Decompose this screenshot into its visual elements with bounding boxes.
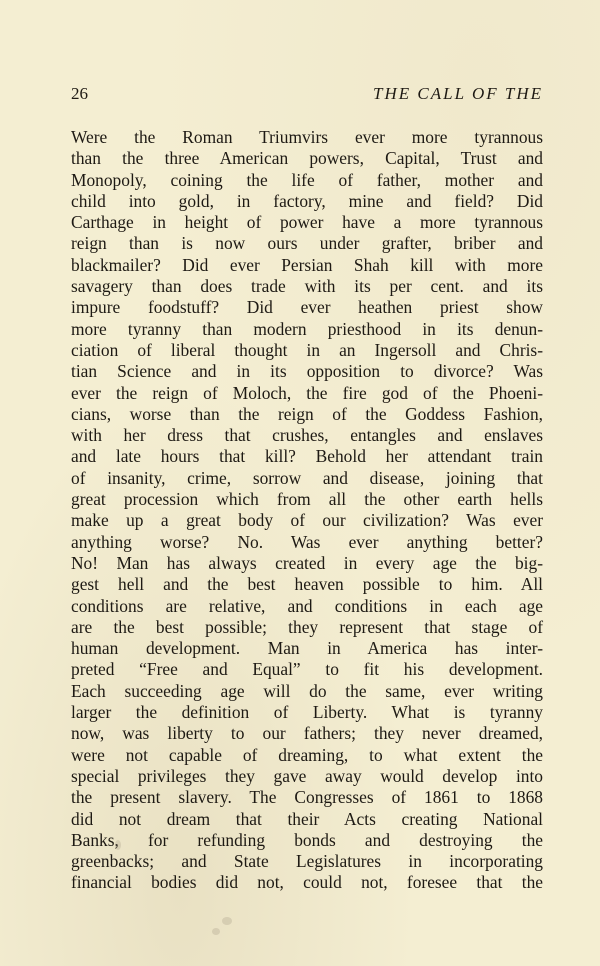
text-line: did not dream that their Acts creating N… [71, 809, 543, 830]
text-line: child into gold, in factory, mine and fi… [71, 191, 543, 212]
paper-stain [115, 840, 121, 850]
text-line: of insanity, crime, sorrow and disease, … [71, 468, 543, 489]
text-line: ciation of liberal thought in an Ingerso… [71, 340, 543, 361]
text-line: greenbacks; and State Legislatures in in… [71, 851, 543, 872]
text-line: make up a great body of our civilization… [71, 510, 543, 531]
page-number: 26 [71, 84, 88, 104]
text-line: than the three American powers, Capital,… [71, 148, 543, 169]
text-line: blackmailer? Did ever Persian Shah kill … [71, 255, 543, 276]
text-line: Carthage in height of power have a more … [71, 212, 543, 233]
text-line: are the best possible; they represent th… [71, 617, 543, 638]
text-line: savagery than does trade with its per ce… [71, 276, 543, 297]
text-line: ever the reign of Moloch, the fire god o… [71, 383, 543, 404]
text-line: the present slavery. The Congresses of 1… [71, 787, 543, 808]
text-line: gest hell and the best heaven possible t… [71, 574, 543, 595]
body-text: Were the Roman Triumvirs ever more tyran… [71, 127, 543, 894]
text-line: preted “Free and Equal” to fit his devel… [71, 659, 543, 680]
text-line: Each succeeding age will do the same, ev… [71, 681, 543, 702]
text-line: conditions are relative, and conditions … [71, 596, 543, 617]
text-line: and late hours that kill? Behold her att… [71, 446, 543, 467]
text-line: great procession which from all the othe… [71, 489, 543, 510]
text-line: Banks, for refunding bonds and destroyin… [71, 830, 543, 851]
text-line: anything worse? No. Was ever anything be… [71, 532, 543, 553]
paper-stain [212, 928, 220, 935]
text-line: human development. Man in America has in… [71, 638, 543, 659]
text-line: were not capable of dreaming, to what ex… [71, 745, 543, 766]
paper-stain [222, 917, 232, 925]
text-line: Were the Roman Triumvirs ever more tyran… [71, 127, 543, 148]
text-line: cians, worse than the reign of the Godde… [71, 404, 543, 425]
book-page: 26 THE CALL OF THE Were the Roman Triumv… [0, 0, 600, 966]
text-line: tian Science and in its opposition to di… [71, 361, 543, 382]
text-line: financial bodies did not, could not, for… [71, 872, 543, 893]
text-line: with her dress that crushes, entangles a… [71, 425, 543, 446]
text-line: special privileges they gave away would … [71, 766, 543, 787]
text-line: reign than is now ours under grafter, br… [71, 233, 543, 254]
running-title: THE CALL OF THE [373, 84, 543, 104]
text-line: now, was liberty to our fathers; they ne… [71, 723, 543, 744]
text-line: Monopoly, coining the life of father, mo… [71, 170, 543, 191]
text-line: impure foodstuff? Did ever heathen pries… [71, 297, 543, 318]
text-line: more tyranny than modern priesthood in i… [71, 319, 543, 340]
text-line: No! Man has always created in every age … [71, 553, 543, 574]
running-head: 26 THE CALL OF THE [71, 84, 543, 106]
text-line: larger the definition of Liberty. What i… [71, 702, 543, 723]
